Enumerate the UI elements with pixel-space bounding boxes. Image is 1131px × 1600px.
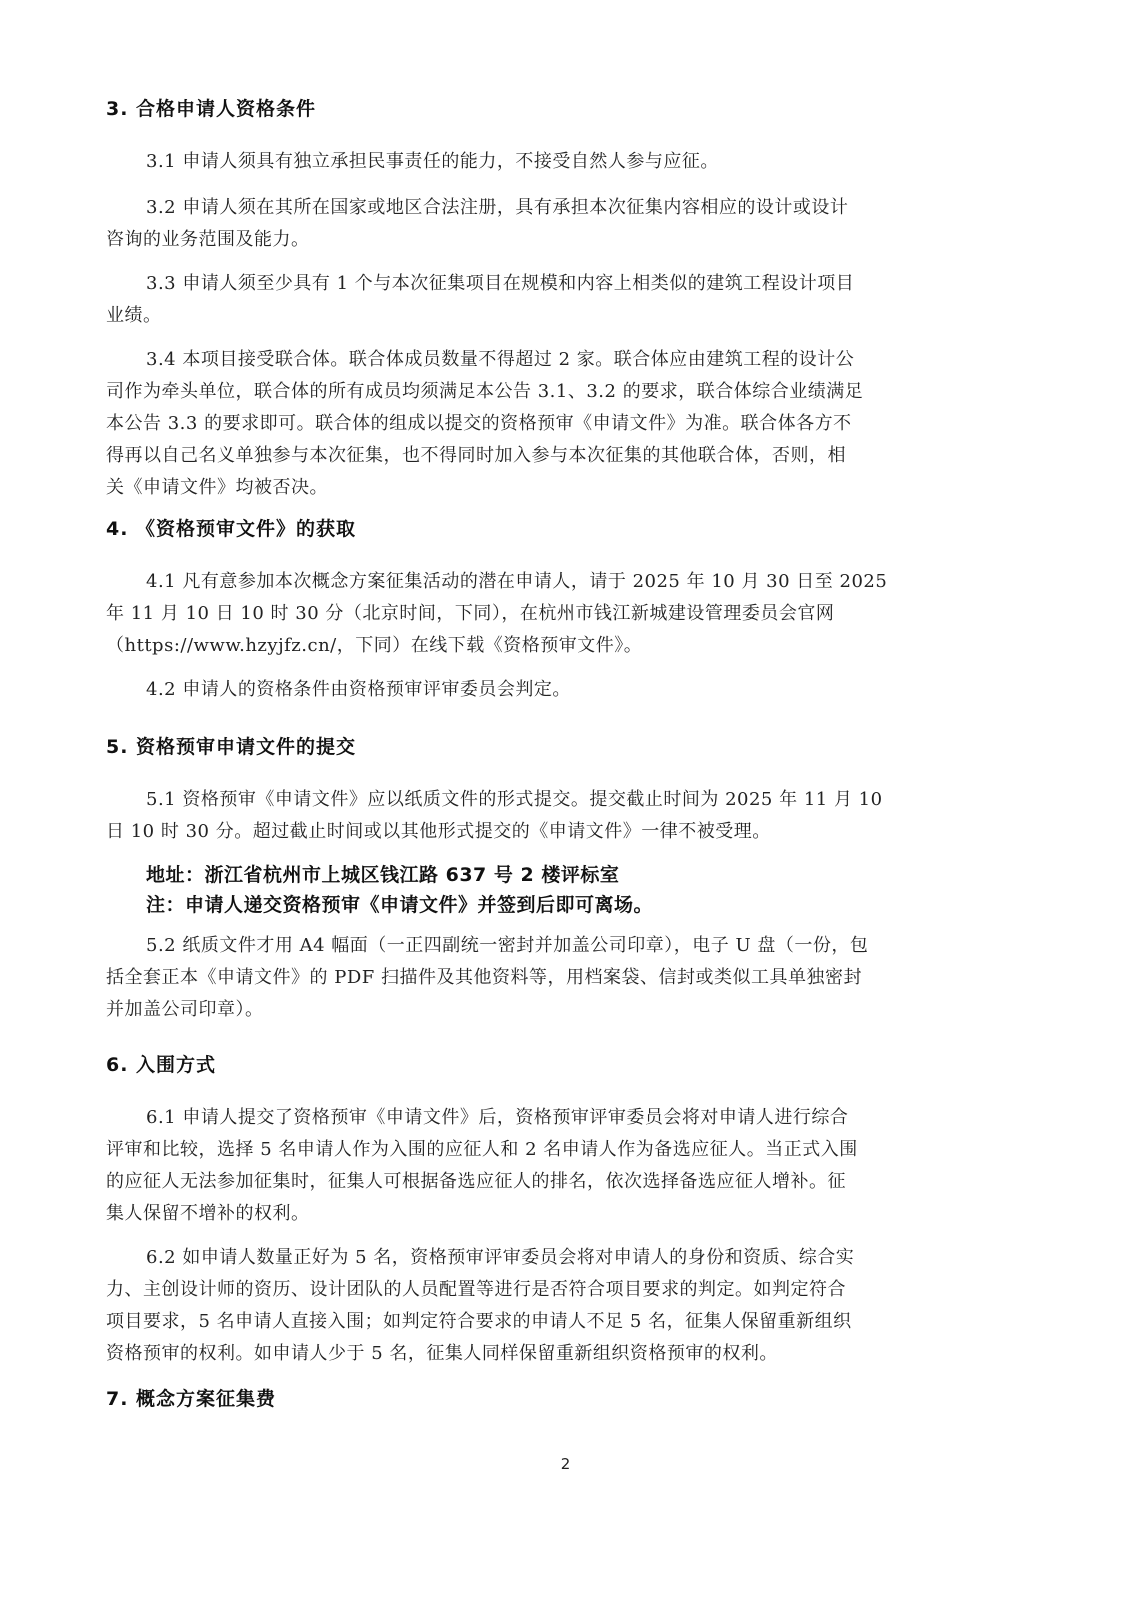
section-heading-6: 6. 入围方式 [106,1050,216,1077]
paragraph-5-2: 5.2 纸质文件才用 A4 幅面（一正四副统一密封并加盖公司印章），电子 U 盘… [106,930,1002,1026]
paragraph-3-3: 3.3 申请人须至少具有 1 个与本次征集项目在规模和内容上相类似的建筑工程设计… [106,268,1002,332]
document-page: 3. 合格申请人资格条件 3.1 申请人须具有独立承担民事责任的能力，不接受自然… [0,0,1131,1600]
submission-address: 地址：浙江省杭州市上城区钱江路 637 号 2 楼评标室 [146,860,619,887]
paragraph-4-2: 4.2 申请人的资格条件由资格预审评审委员会判定。 [106,674,1002,706]
paragraph-6-2: 6.2 如申请人数量正好为 5 名，资格预审评审委员会将对申请人的身份和资质、综… [106,1242,1002,1370]
page-number: 2 [0,1455,1131,1473]
submission-note: 注：申请人递交资格预审《申请文件》并签到后即可离场。 [146,890,653,917]
line: 3.1 申请人须具有独立承担民事责任的能力，不接受自然人参与应征。 [106,146,1002,178]
paragraph-4-1: 4.1 凡有意参加本次概念方案征集活动的潜在申请人，请于 2025 年 10 月… [106,566,1002,662]
paragraph-6-1: 6.1 申请人提交了资格预审《申请文件》后，资格预审评审委员会将对申请人进行综合… [106,1102,1002,1230]
paragraph-3-1: 3.1 申请人须具有独立承担民事责任的能力，不接受自然人参与应征。 [106,146,1002,178]
section-heading-3: 3. 合格申请人资格条件 [106,94,316,121]
paragraph-3-2: 3.2 申请人须在其所在国家或地区合法注册，具有承担本次征集内容相应的设计或设计… [106,192,1002,256]
paragraph-3-4: 3.4 本项目接受联合体。联合体成员数量不得超过 2 家。联合体应由建筑工程的设… [106,344,1002,504]
paragraph-5-1: 5.1 资格预审《申请文件》应以纸质文件的形式提交。提交截止时间为 2025 年… [106,784,1002,848]
section-heading-5: 5. 资格预审申请文件的提交 [106,732,356,759]
section-heading-7: 7. 概念方案征集费 [106,1384,276,1411]
section-heading-4: 4. 《资格预审文件》的获取 [106,514,356,541]
